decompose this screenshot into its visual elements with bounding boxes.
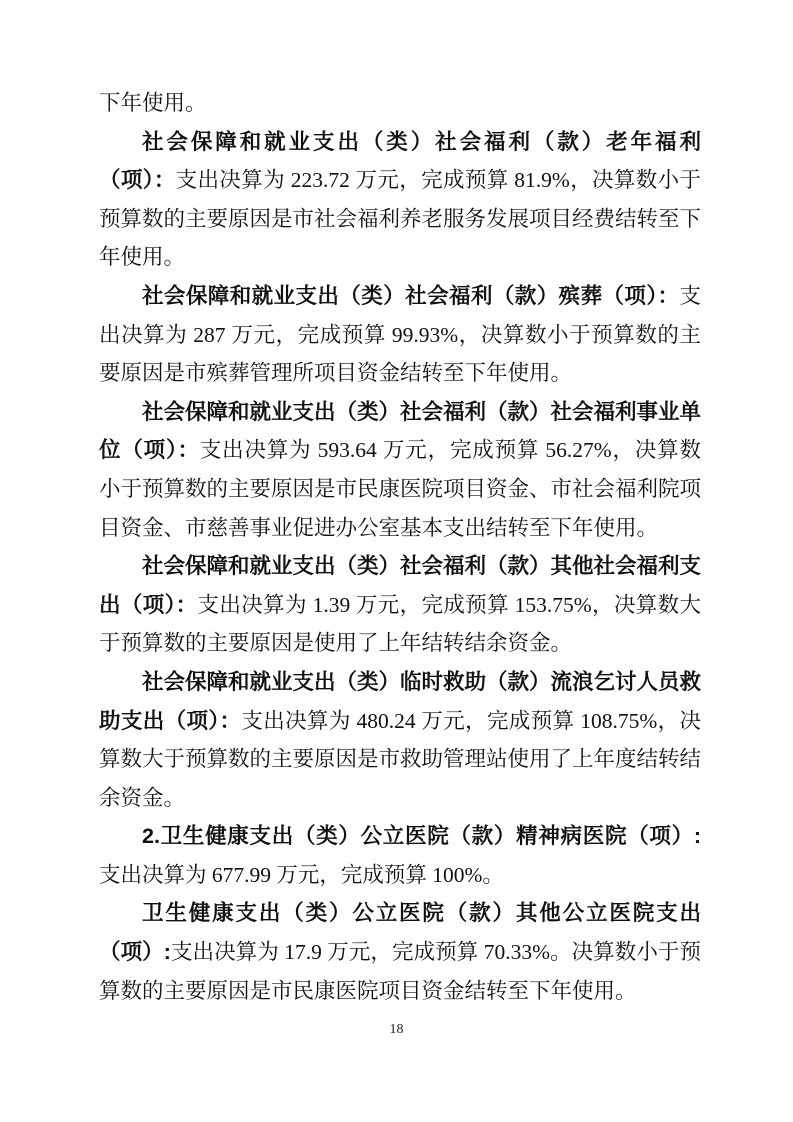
paragraph: 社会保障和就业支出（类）临时救助（款）流浪乞讨人员救助支出（项）：支出决算为 4… — [99, 663, 701, 817]
paragraph: 卫生健康支出（类）公立医院（款）其他公立医院支出（项）:支出决算为 17.9 万… — [99, 894, 701, 1010]
page-number: 18 — [0, 1022, 793, 1038]
paragraph: 2.卫生健康支出（类）公立医院（款）精神病医院（项）:支出决算为 677.99 … — [99, 817, 701, 894]
paragraph-lead: 社会保障和就业支出（类）社会福利（款）殡葬（项）： — [142, 284, 679, 308]
paragraph: 社会保障和就业支出（类）社会福利（款）其他社会福利支出（项）：支出决算为 1.3… — [99, 547, 701, 663]
paragraph: 社会保障和就业支出（类）社会福利（款）殡葬（项）：支出决算为 287 万元，完成… — [99, 277, 701, 393]
paragraph: 社会保障和就业支出（类）社会福利（款）社会福利事业单位（项）：支出决算为 593… — [99, 393, 701, 547]
paragraph: 社会保障和就业支出（类）社会福利（款）老年福利（项）：支出决算为 223.72 … — [99, 123, 701, 277]
paragraph-body: 支出决算为 677.99 万元，完成预算 100%。 — [99, 863, 504, 887]
page-body-text: 下年使用。 社会保障和就业支出（类）社会福利（款）老年福利（项）：支出决算为 2… — [99, 84, 701, 1010]
paragraph-body: 支出决算为 223.72 万元，完成预算 81.9%，决算数小于预算数的主要原因… — [99, 168, 701, 269]
document-page: 下年使用。 社会保障和就业支出（类）社会福利（款）老年福利（项）：支出决算为 2… — [0, 0, 793, 1122]
paragraph-body: 支出决算为 17.9 万元，完成预算 70.33%。决算数小于预算数的主要原因是… — [99, 940, 701, 1003]
paragraph-body: 下年使用。 — [99, 91, 207, 115]
paragraph-lead: 2.卫生健康支出（类）公立医院（款）精神病医院（项）: — [142, 824, 701, 848]
paragraph-continuation: 下年使用。 — [99, 84, 701, 123]
